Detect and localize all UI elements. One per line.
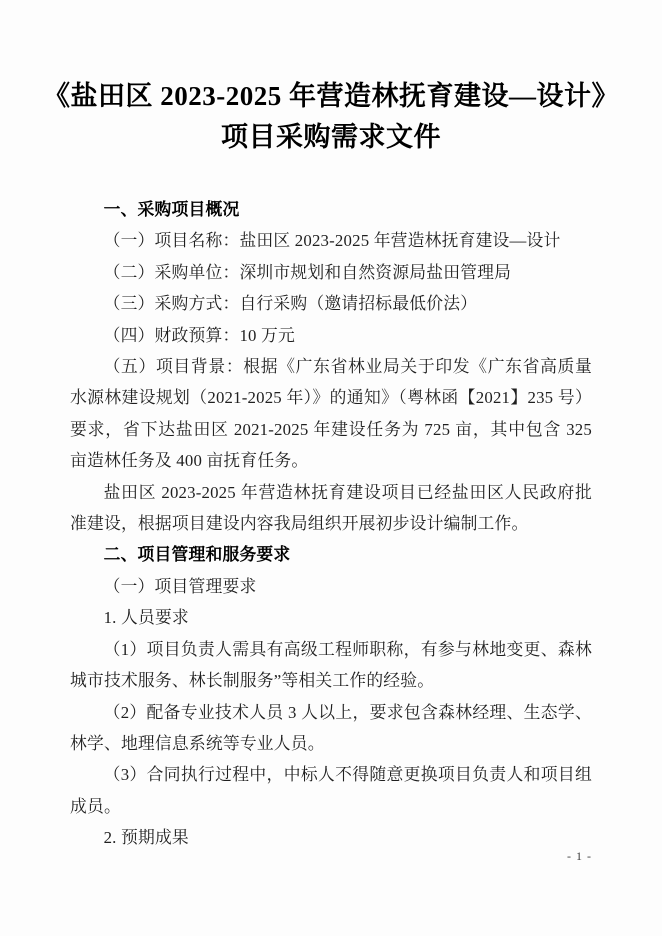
paragraph: （三）采购方式：自行采购（邀请招标最低价法）	[70, 288, 592, 319]
document-page: 《盐田区 2023-2025 年营造林抚育建设—设计》 项目采购需求文件 一、采…	[0, 0, 662, 936]
paragraph: 1. 人员要求	[70, 602, 592, 633]
paragraph: （四）财政预算：10 万元	[70, 320, 592, 351]
paragraph: （1）项目负责人需具有高级工程师职称，有参与林地变更、森林城市技术服务、林长制服…	[70, 634, 592, 697]
section-heading: 一、采购项目概况	[70, 194, 592, 225]
document-title-line1: 《盐田区 2023-2025 年营造林抚育建设—设计》	[30, 76, 632, 117]
paragraph: （五）项目背景：根据《广东省林业局关于印发《广东省高质量水源林建设规划（2021…	[70, 351, 592, 477]
paragraph: （二）采购单位：深圳市规划和自然资源局盐田管理局	[70, 257, 592, 288]
paragraph: （一）项目管理要求	[70, 571, 592, 602]
paragraph: 盐田区 2023-2025 年营造林抚育建设项目已经盐田区人民政府批准建设，根据…	[70, 477, 592, 540]
document-body: 一、采购项目概况（一）项目名称：盐田区 2023-2025 年营造林抚育建设—设…	[70, 194, 592, 854]
paragraph: 2. 预期成果	[70, 822, 592, 853]
paragraph: （一）项目名称：盐田区 2023-2025 年营造林抚育建设—设计	[70, 225, 592, 256]
document-title: 《盐田区 2023-2025 年营造林抚育建设—设计》 项目采购需求文件	[30, 76, 632, 158]
paragraph: （2）配备专业技术人员 3 人以上，要求包含森林经理、生态学、林学、地理信息系统…	[70, 697, 592, 760]
paragraph: （3）合同执行过程中，中标人不得随意更换项目负责人和项目组成员。	[70, 759, 592, 822]
document-title-line2: 项目采购需求文件	[30, 117, 632, 158]
page-number: - 1 -	[567, 849, 592, 864]
section-heading: 二、项目管理和服务要求	[70, 539, 592, 570]
